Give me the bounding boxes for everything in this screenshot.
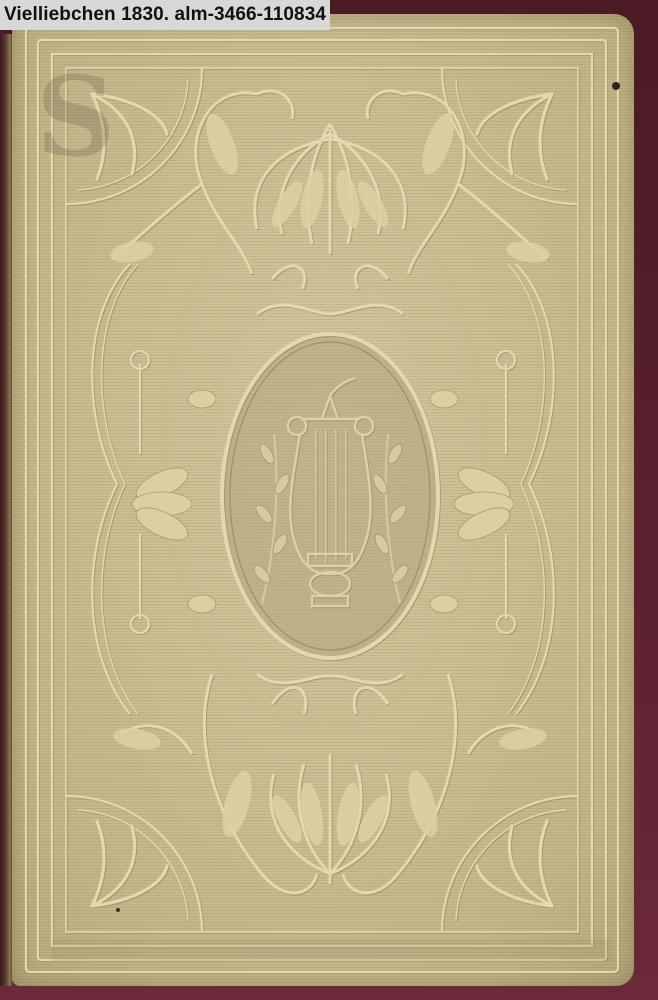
- watermark-s-icon: S: [36, 62, 115, 172]
- central-medallion: [222, 334, 438, 658]
- wear-band: [52, 939, 612, 961]
- image-caption: Vielliebchen 1830. alm-3466-110834: [0, 0, 330, 30]
- stain-spot: [116, 908, 120, 912]
- stain-spot: [612, 82, 620, 90]
